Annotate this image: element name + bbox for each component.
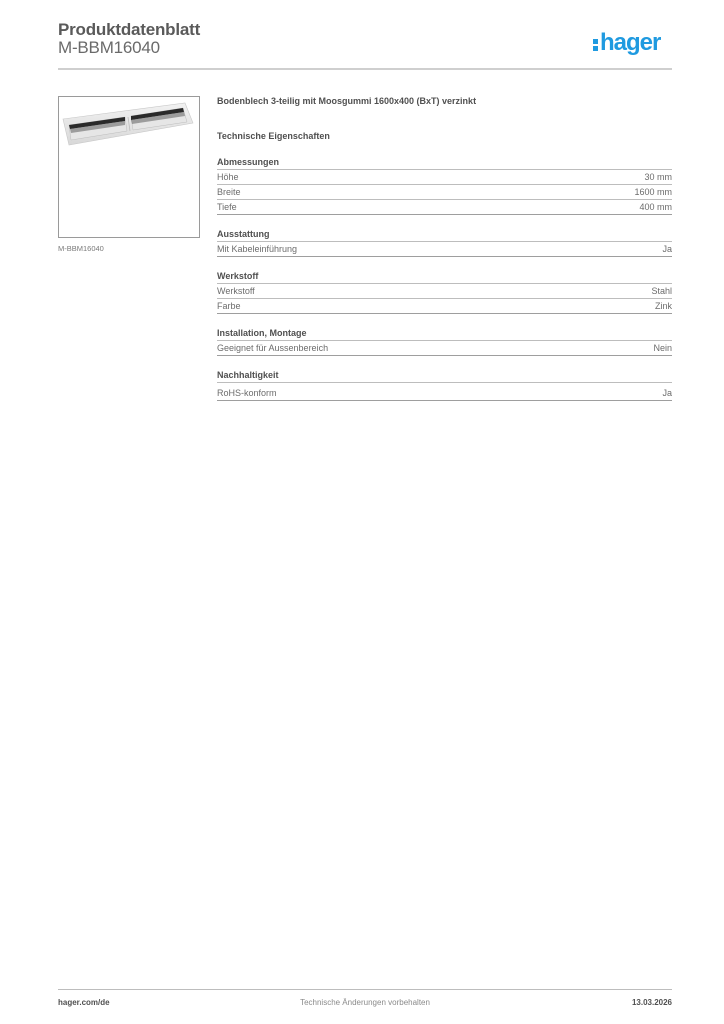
- spec-value: Nein: [653, 341, 672, 355]
- spec-row: Breite 1600 mm: [217, 185, 672, 200]
- product-image-caption: M-BBM16040: [58, 244, 104, 253]
- header-divider: [58, 68, 672, 70]
- spec-content: Bodenblech 3-teilig mit Moosgummi 1600x4…: [217, 94, 672, 401]
- spec-row: Tiefe 400 mm: [217, 200, 672, 215]
- spec-label: Farbe: [217, 299, 241, 313]
- logo-text: hager: [600, 29, 660, 57]
- spec-value: Ja: [662, 386, 672, 400]
- spec-row: Mit Kabeleinführung Ja: [217, 242, 672, 257]
- spec-value: 400 mm: [639, 200, 672, 214]
- spec-label: Werkstoff: [217, 284, 255, 298]
- spec-group-title: Abmessungen: [217, 155, 672, 170]
- footer-disclaimer: Technische Änderungen vorbehalten: [58, 998, 672, 1007]
- spec-row: Höhe 30 mm: [217, 170, 672, 185]
- section-heading-tech-specs: Technische Eigenschaften: [217, 129, 672, 143]
- article-number: M-BBM16040: [58, 38, 160, 58]
- spec-group-sustainability: Nachhaltigkeit RoHS-konform Ja: [217, 368, 672, 401]
- spec-label: Mit Kabeleinführung: [217, 242, 297, 256]
- hager-logo: hager: [593, 29, 660, 57]
- spec-group-title: Nachhaltigkeit: [217, 368, 672, 383]
- spec-group-material: Werkstoff Werkstoff Stahl Farbe Zink: [217, 269, 672, 314]
- spec-label: RoHS-konform: [217, 386, 277, 400]
- spec-row: Farbe Zink: [217, 299, 672, 314]
- spec-row: Werkstoff Stahl: [217, 284, 672, 299]
- floor-plate-icon: [59, 97, 199, 237]
- spec-group-dimensions: Abmessungen Höhe 30 mm Breite 1600 mm Ti…: [217, 155, 672, 215]
- spec-value: 1600 mm: [634, 185, 672, 199]
- spec-group-title: Ausstattung: [217, 227, 672, 242]
- spec-label: Tiefe: [217, 200, 237, 214]
- spec-value: Zink: [655, 299, 672, 313]
- footer-divider: [58, 989, 672, 990]
- spec-group-title: Werkstoff: [217, 269, 672, 284]
- logo-colon-icon: [593, 39, 598, 51]
- product-image: [58, 96, 200, 238]
- spec-value: Stahl: [651, 284, 672, 298]
- page-title: Produktdatenblatt: [58, 20, 200, 40]
- spec-group-equipment: Ausstattung Mit Kabeleinführung Ja: [217, 227, 672, 257]
- spec-group-title: Installation, Montage: [217, 326, 672, 341]
- product-description: Bodenblech 3-teilig mit Moosgummi 1600x4…: [217, 94, 672, 108]
- spec-label: Höhe: [217, 170, 239, 184]
- spec-value: Ja: [662, 242, 672, 256]
- spec-group-installation: Installation, Montage Geeignet für Ausse…: [217, 326, 672, 356]
- spec-value: 30 mm: [644, 170, 672, 184]
- spec-row: RoHS-konform Ja: [217, 386, 672, 401]
- footer-date: 13.03.2026: [632, 998, 672, 1007]
- spec-label: Geeignet für Aussenbereich: [217, 341, 328, 355]
- spec-label: Breite: [217, 185, 241, 199]
- spec-row: Geeignet für Aussenbereich Nein: [217, 341, 672, 356]
